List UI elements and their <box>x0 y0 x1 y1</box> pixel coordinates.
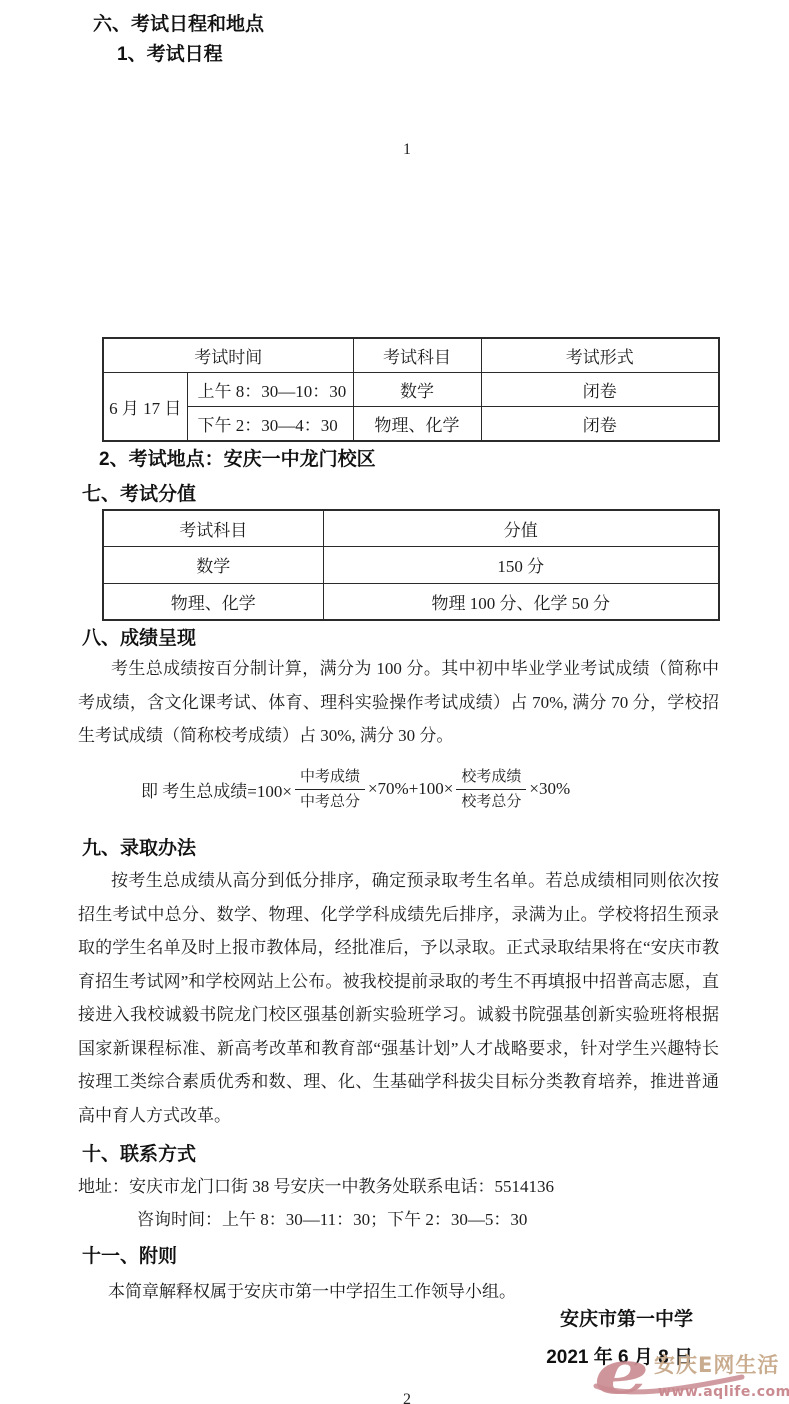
formula-suffix: ×30% <box>529 779 570 799</box>
section6-heading: 六、考试日程和地点 <box>93 12 264 38</box>
col-header-exam-format: 考试形式 <box>481 338 719 372</box>
fraction-denominator: 校考总分 <box>456 790 526 814</box>
contact-address-line: 地址：安庆市龙门口街 38 号安庆一中教务处联系电话：5514136 <box>78 1170 554 1203</box>
fraction-numerator: 校考成绩 <box>456 765 526 790</box>
section9-heading: 九、录取办法 <box>82 836 196 862</box>
formula-prefix: 即 考生总成绩=100× <box>141 777 292 802</box>
score-value-math: 150 分 <box>323 546 719 583</box>
exam-date-cell: 6 月 17 日 <box>103 372 187 441</box>
section6-item1-heading: 1、考试日程 <box>117 42 223 68</box>
table-row: 物理、化学 物理 100 分、化学 50 分 <box>103 583 719 620</box>
exam-time-morning: 上午 8：30—10：30 <box>187 372 353 406</box>
page-number-1: 1 <box>403 141 411 159</box>
table-row: 6 月 17 日 上午 8：30—10：30 数学 闭卷 <box>103 372 719 406</box>
section11-heading: 十一、附则 <box>82 1244 177 1270</box>
score-value-physchem: 物理 100 分、化学 50 分 <box>323 583 719 620</box>
col-header-exam-subject: 考试科目 <box>353 338 481 372</box>
exam-format-morning: 闭卷 <box>481 372 719 406</box>
signature-date: 2021 年 6 月 8 日 <box>0 1345 693 1371</box>
section11-note: 本简章解释权属于安庆市第一中学招生工作领导小组。 <box>78 1275 719 1309</box>
exam-subject-afternoon: 物理、化学 <box>353 406 481 441</box>
exam-subject-morning: 数学 <box>353 372 481 406</box>
table-row: 考试时间 考试科目 考试形式 <box>103 338 719 372</box>
section6-item2-heading: 2、考试地点：安庆一中龙门校区 <box>99 447 376 473</box>
section7-heading: 七、考试分值 <box>82 482 196 508</box>
total-score-formula: 即 考生总成绩=100× 中考成绩 中考总分 ×70%+100× 校考成绩 校考… <box>141 761 570 817</box>
document-page: 六、考试日程和地点 1、考试日程 1 考试时间 考试科目 考试形式 6 月 17… <box>0 0 789 1404</box>
exam-time-afternoon: 下午 2：30—4：30 <box>187 406 353 441</box>
aqlife-watermark: e 安庆E网生活 www.aqlife.com <box>592 1336 789 1404</box>
score-value-table: 考试科目 分值 数学 150 分 物理、化学 物理 100 分、化学 50 分 <box>102 509 720 621</box>
watermark-site-url: www.aqlife.com <box>658 1384 789 1400</box>
table-row: 下午 2：30—4：30 物理、化学 闭卷 <box>103 406 719 441</box>
col-header-score-value: 分值 <box>323 510 719 546</box>
fraction-numerator: 中考成绩 <box>295 765 365 790</box>
section10-heading: 十、联系方式 <box>82 1142 196 1168</box>
fraction-denominator: 中考总分 <box>295 790 365 814</box>
exam-schedule-table: 考试时间 考试科目 考试形式 6 月 17 日 上午 8：30—10：30 数学… <box>102 337 720 442</box>
score-subject-math: 数学 <box>103 546 323 583</box>
col-header-exam-time: 考试时间 <box>103 338 353 372</box>
formula-middle: ×70%+100× <box>368 779 453 799</box>
page-number-2: 2 <box>403 1391 411 1404</box>
formula-fraction-xiaokao: 校考成绩 校考总分 <box>456 765 526 814</box>
section9-paragraph: 按考生总成绩从高分到低分排序，确定预录取考生名单。若总成绩相同则依次按招生考试中… <box>78 864 719 1132</box>
exam-format-afternoon: 闭卷 <box>481 406 719 441</box>
signature-school: 安庆市第一中学 <box>0 1307 693 1333</box>
watermark-site-name: 安庆E网生活 <box>654 1353 779 1377</box>
table-row: 考试科目 分值 <box>103 510 719 546</box>
table-row: 数学 150 分 <box>103 546 719 583</box>
section8-paragraph: 考生总成绩按百分制计算，满分为 100 分。其中初中毕业学业考试成绩（简称中考成… <box>78 652 719 753</box>
contact-hours-line: 咨询时间：上午 8：30—11：30；下午 2：30—5：30 <box>137 1203 527 1236</box>
formula-fraction-zhongkao: 中考成绩 中考总分 <box>295 765 365 814</box>
section8-heading: 八、成绩呈现 <box>82 626 196 652</box>
score-subject-physchem: 物理、化学 <box>103 583 323 620</box>
col-header-score-subject: 考试科目 <box>103 510 323 546</box>
